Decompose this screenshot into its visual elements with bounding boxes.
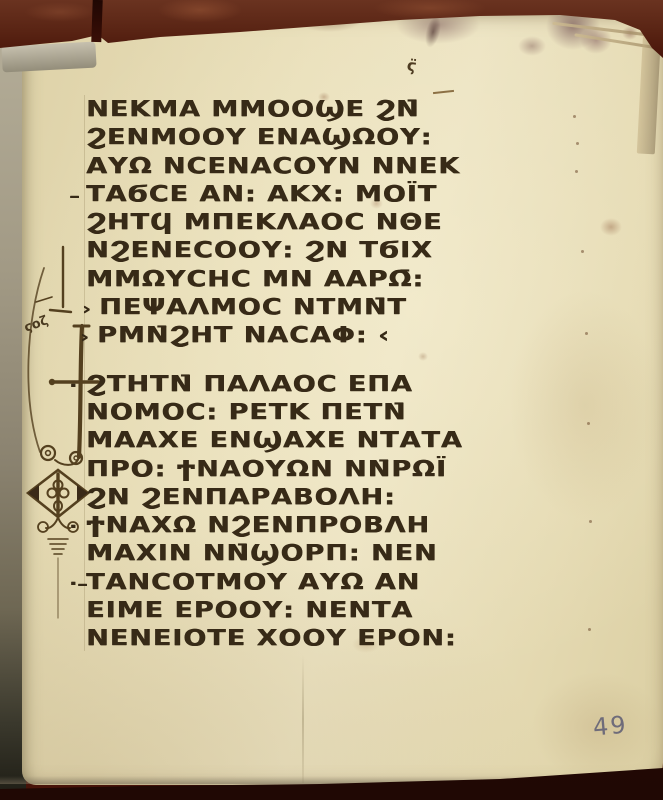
line-lead-mark: · (69, 374, 77, 397)
margin-note: ϛοζ (22, 313, 50, 336)
speck (576, 142, 579, 145)
line-lead-mark: ·– (69, 572, 87, 595)
speck (587, 422, 590, 425)
text-line: ϨΝ ϨΕΝΠΑΡΑΒΟΛΗ: (86, 486, 526, 509)
text-line: ΑΥΩ ΝCΕΝΑCΟΥΝ ΝΝΕΚ (86, 155, 526, 178)
text-line: ›ΠΕΨΑΛΜΟC ΝΤΜΝ̄Τ (99, 297, 526, 320)
text-line: ›ΡΜΝ̄ϨΗΤ ΝΑCΑΦ: ‹ (97, 325, 526, 348)
text-line: ΝΟΜΟC: ΡΕΤΚ ΠΕΤΝ̄ (86, 402, 526, 425)
binding-seam (91, 0, 102, 42)
manuscript-photo: ϛοζ ΝΕΚΜΑ ΜΜΟΟϢΕ ϨΝ̄ϨΕΝ (0, 0, 663, 800)
speck (573, 115, 576, 118)
parchment-crease (302, 655, 304, 783)
text-column: ΝΕΚΜΑ ΜΜΟΟϢΕ ϨΝ̄ϨΕΝΜΟΟΥ ΕΝΑϢΩΟΥ:ΑΥΩ ΝCΕΝ… (86, 96, 526, 654)
text-line: ΜΑΑΧΕ ΕΝϢΑΧΕ ΝΤΑΤΑ (86, 430, 526, 453)
line-lead-mark: › (82, 297, 91, 320)
speck (585, 332, 588, 335)
paragraphos-mark (50, 247, 71, 312)
text-line: ϨΕΝΜΟΟΥ ΕΝΑϢΩΟΥ: (86, 127, 526, 150)
text-line: ·ϮΝΑΧΩ ΝϨΕΝΠΡΟΒΛΗ (86, 515, 526, 538)
speck (588, 628, 591, 631)
line-lead-mark: · (69, 516, 77, 539)
text-line: ΜΑΧΙΝ ΝΝ̄ϢΟΡΠ: ΝΕΝ (86, 543, 526, 566)
folio-number: 49 (592, 711, 629, 742)
line-lead-mark: › (80, 326, 89, 349)
text-line: ΝΕΚΜΑ ΜΜΟΟϢΕ ϨΝ̄ (86, 99, 526, 122)
text-line: ϨΗΤϤ ΜΠΕΚΛΑΟC ΝΘΕ (86, 212, 526, 235)
speck (581, 250, 584, 253)
text-line: ·–ΤΑΝCΟΤΜΟΥ ΑΥΩ ΑΝ (86, 571, 526, 594)
speck (575, 170, 578, 173)
speck (589, 520, 592, 523)
text-line: ΜΜΩΥCHC ΜΝ ΑΑΡΩ̄: (86, 268, 526, 291)
text-line: ΠΡΟ: ϮΝΑΟΥΩΝ ΝΝ̄ΡΩΪ (86, 458, 526, 481)
text-line: ΝϨΕΝΕCΟΟΥ: ϨΝ ΤϬΙΧ (86, 240, 526, 263)
text-line: ΝΕΝΕΙΟΤΕ ΧΟΟΥ ΕΡΟΝ: (86, 628, 526, 651)
text-line: –ΤΑϬCΕ ΑΝ: ΑΚΧ: ΜΟΪΤ (86, 183, 526, 206)
text-line: ΕΙΜΕ ΕΡΟΟΥ: ΝΕΝΤΑ (86, 600, 526, 623)
text-line: ·ϨΤΗΤΝ̄ ΠΑΛΑΟC ΕΠΑ (86, 373, 526, 396)
line-lead-mark: – (69, 184, 80, 207)
